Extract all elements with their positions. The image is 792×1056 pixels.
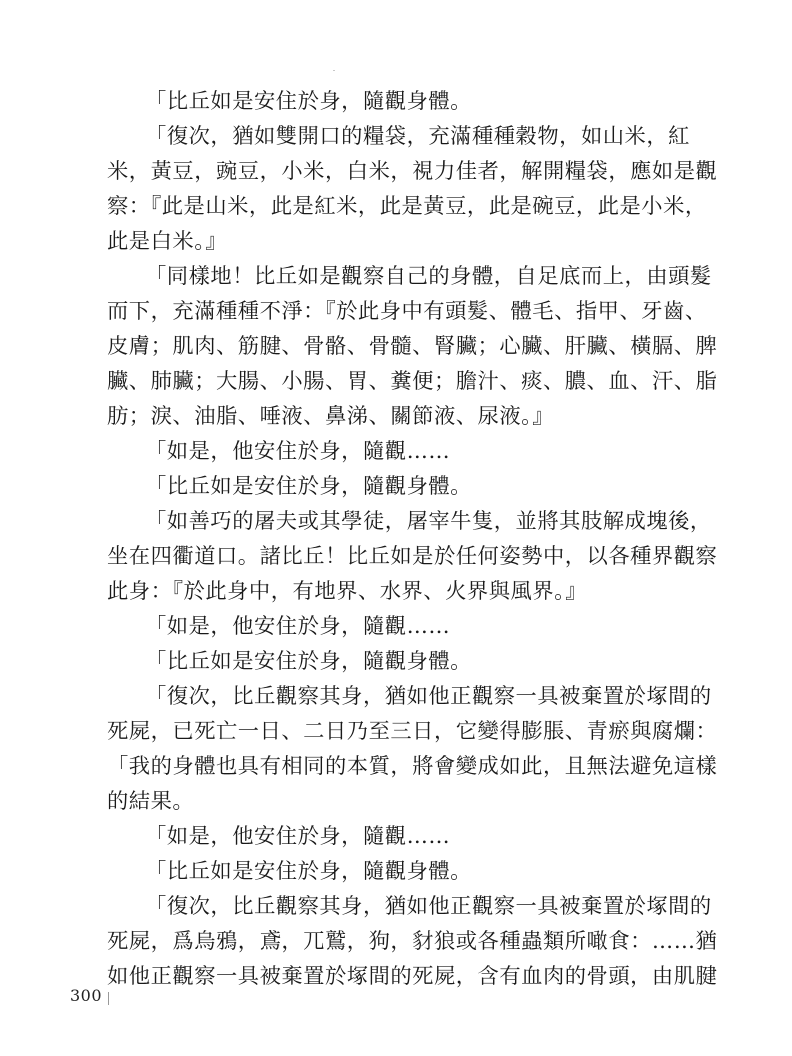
text-line: 「比丘如是安住於身，隨觀身體。 bbox=[107, 469, 699, 504]
text-line: 的結果。 bbox=[107, 784, 699, 819]
scan-speck bbox=[333, 70, 335, 71]
text-line: 「比丘如是安住於身，隨觀身體。 bbox=[107, 84, 699, 119]
text-line: 「比丘如是安住於身，隨觀身體。 bbox=[107, 644, 699, 679]
text-line: 如他正觀察一具被棄置於塚間的死屍，含有血肉的骨頭，由肌腱 bbox=[107, 959, 699, 994]
text-line: 「如是，他安住於身，隨觀…… bbox=[107, 434, 699, 469]
text-line: 死屍，已死亡一日、二日乃至三日，它變得膨脹、青瘀與腐爛： bbox=[107, 714, 699, 749]
folio-divider bbox=[108, 992, 109, 1005]
page-number: 300 bbox=[70, 986, 102, 1005]
text-line: 「如是，他安住於身，隨觀…… bbox=[107, 819, 699, 854]
text-line: 此是白米。』 bbox=[107, 224, 699, 259]
text-line: 死屍，爲烏鴉，鳶，兀鷲，狗，豺狼或各種蟲類所噉食：……猶 bbox=[107, 924, 699, 959]
text-line: 「比丘如是安住於身，隨觀身體。 bbox=[107, 854, 699, 889]
body-text: 「比丘如是安住於身，隨觀身體。「復次，猶如雙開口的糧袋，充滿種種穀物，如山米，紅… bbox=[107, 84, 699, 994]
text-line: 皮膚；肌肉、筋腱、骨骼、骨髓、腎臟；心臟、肝臟、橫膈、脾 bbox=[107, 329, 699, 364]
text-line: 「同樣地！比丘如是觀察自己的身體，自足底而上，由頭髮 bbox=[107, 259, 699, 294]
text-line: 此身：『於此身中，有地界、水界、火界與風界。』 bbox=[107, 574, 699, 609]
text-line: 米，黃豆，豌豆，小米，白米，視力佳者，解開糧袋，應如是觀 bbox=[107, 154, 699, 189]
text-line: 「我的身體也具有相同的本質，將會變成如此，且無法避免這樣 bbox=[107, 749, 699, 784]
text-line: 坐在四衢道口。諸比丘！比丘如是於任何姿勢中，以各種界觀察 bbox=[107, 539, 699, 574]
book-page: 「比丘如是安住於身，隨觀身體。「復次，猶如雙開口的糧袋，充滿種種穀物，如山米，紅… bbox=[0, 0, 792, 1056]
text-line: 「如善巧的屠夫或其學徒，屠宰牛隻，並將其肢解成塊後， bbox=[107, 504, 699, 539]
text-line: 「如是，他安住於身，隨觀…… bbox=[107, 609, 699, 644]
text-line: 「復次，比丘觀察其身，猶如他正觀察一具被棄置於塚間的 bbox=[107, 679, 699, 714]
text-line: 而下，充滿種種不淨：『於此身中有頭髮、體毛、指甲、牙齒、 bbox=[107, 294, 699, 329]
text-line: 察：『此是山米，此是紅米，此是黃豆，此是碗豆，此是小米， bbox=[107, 189, 699, 224]
text-line: 「復次，猶如雙開口的糧袋，充滿種種穀物，如山米，紅 bbox=[107, 119, 699, 154]
text-line: 「復次，比丘觀察其身，猶如他正觀察一具被棄置於塚間的 bbox=[107, 889, 699, 924]
text-line: 臟、肺臟；大腸、小腸、胃、糞便；膽汁、痰、膿、血、汗、脂 bbox=[107, 364, 699, 399]
text-line: 肪；淚、油脂、唾液、鼻涕、關節液、尿液。』 bbox=[107, 399, 699, 434]
